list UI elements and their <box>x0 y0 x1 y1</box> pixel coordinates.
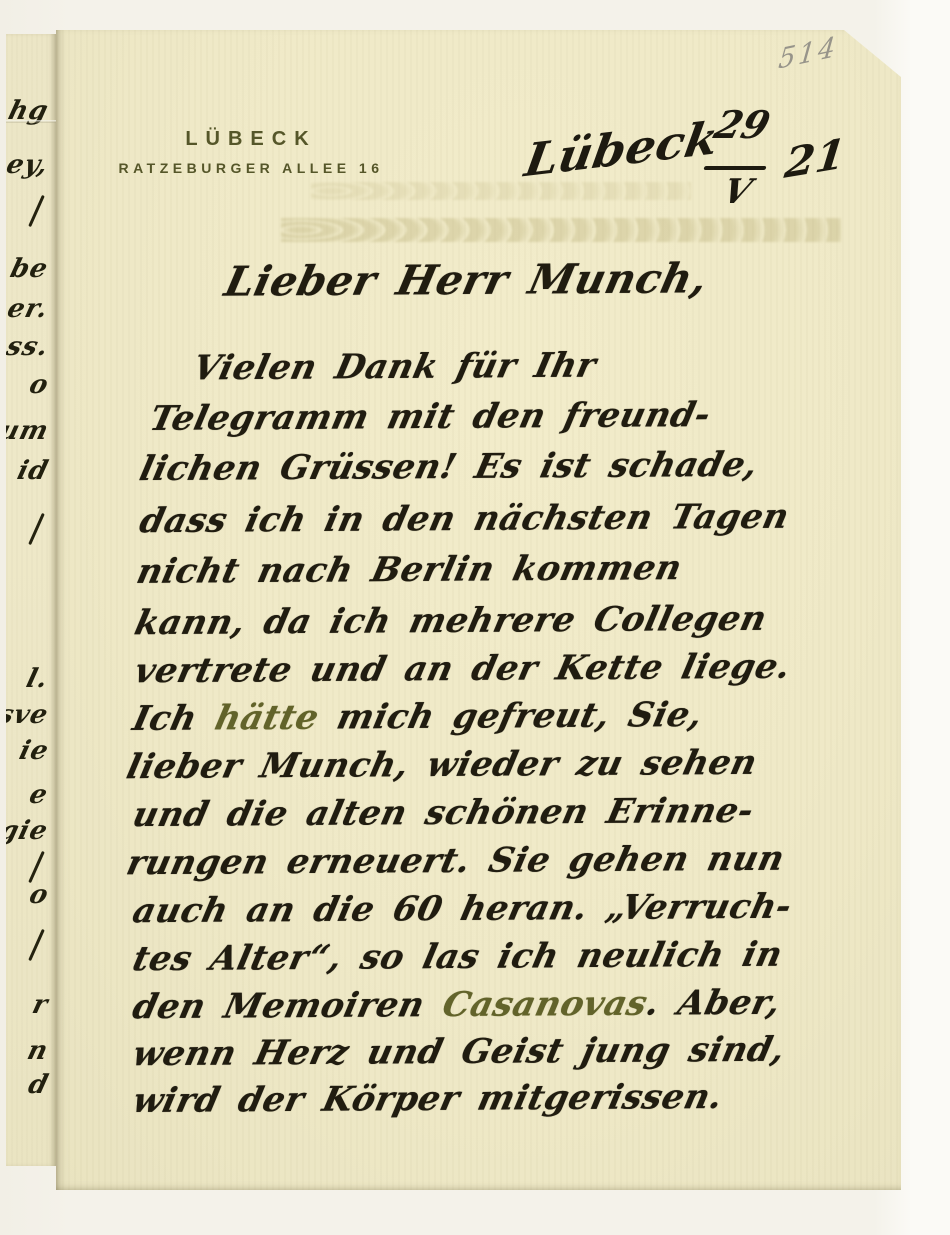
body-line: Telegramm mit den freund- <box>147 398 714 436</box>
page-edge-text-fragment: o <box>26 882 51 908</box>
page-edge-text-fragment: gie <box>6 818 51 844</box>
body-line: lieber Munch, wieder zu sehen <box>124 746 761 784</box>
page-edge-text-fragment: hg <box>6 98 51 124</box>
body-line: rungen erneuert. Sie gehen nun <box>124 842 788 881</box>
previous-page-edge: hg ey, be er. ss. o um id l. ssve ie e g… <box>6 34 56 1166</box>
body-line: auch an die 60 heran. „Verruch- <box>130 890 795 929</box>
body-line: Vielen Dank für Ihr <box>190 349 599 386</box>
letter-page: LÜBECK RATZEBURGER ALLEE 16 514 Lübeck 2… <box>56 30 901 1190</box>
letterhead-street: RATZEBURGER ALLEE 16 <box>86 160 416 176</box>
date-place: Lübeck <box>521 111 722 187</box>
body-line-segment: mich gefreut, Sie, <box>314 695 707 738</box>
page-edge-text-fragment: r <box>30 992 51 1018</box>
letterhead-city: LÜBECK <box>86 128 416 151</box>
page-edge-text-fragment: er. <box>6 296 51 322</box>
page-edge-text-fragment: n <box>25 1038 51 1064</box>
green-ink-word: Casanovas <box>439 984 651 1025</box>
pen-stroke <box>28 513 45 545</box>
body-line-segment: den Memoiren <box>129 985 448 1027</box>
body-line: und die alten schönen Erinne- <box>130 794 757 832</box>
page-edge-text-fragment: be <box>8 256 51 282</box>
body-line: wenn Herz und Geist jung sind, <box>130 1033 789 1072</box>
page-edge-text-fragment: l. <box>24 666 51 692</box>
body-line: Ich hätte mich gefreut, Sie, <box>130 698 706 736</box>
archival-page-number: 514 <box>777 31 840 76</box>
page-edge-text-fragment: o <box>26 372 51 398</box>
body-line: lichen Grüssen! Es ist schade, <box>137 448 761 486</box>
letter-scan: hg ey, be er. ss. o um id l. ssve ie e g… <box>0 0 950 1235</box>
green-ink-word: hätte <box>211 698 322 739</box>
body-line: den Memoiren Casanovas. Aber, <box>130 986 784 1025</box>
body-line-segment: . Aber, <box>642 983 784 1024</box>
letterhead: LÜBECK RATZEBURGER ALLEE 16 <box>86 128 416 176</box>
pen-stroke <box>28 851 45 883</box>
date-fraction-bar <box>703 166 766 170</box>
body-line-segment: Ich <box>129 698 220 739</box>
body-line: kann, da ich mehrere Collegen <box>132 602 770 640</box>
page-edge-text-fragment: id <box>15 458 52 484</box>
body-line: vertrete und an der Kette liege. <box>132 650 794 689</box>
body-line: tes Alter“, so las ich neulich in <box>130 938 786 977</box>
body-line: nicht nach Berlin kommen <box>134 551 685 589</box>
page-edge-text-fragment: d <box>26 1072 52 1098</box>
page-edge-text-fragment: ss. <box>6 334 51 360</box>
handwritten-date: Lübeck 29 V 21 <box>528 100 858 240</box>
body-line: dass ich in den nächsten Tagen <box>137 500 793 539</box>
page-edge-text-fragment: ssve <box>6 702 51 728</box>
date-year: 21 <box>782 129 848 187</box>
pen-stroke <box>28 929 45 961</box>
page-edge-text-fragment: ey, <box>6 152 51 178</box>
salutation: Lieber Herr Munch, <box>221 258 711 302</box>
page-edge-text-fragment: e <box>27 782 51 808</box>
body-line: wird der Körper mitgerissen. <box>130 1080 726 1118</box>
page-edge-text-fragment: um <box>6 418 51 444</box>
date-month: V <box>718 172 756 212</box>
date-day: 29 <box>710 102 776 147</box>
pen-stroke <box>28 195 45 227</box>
page-edge-text-fragment: ie <box>16 738 51 764</box>
